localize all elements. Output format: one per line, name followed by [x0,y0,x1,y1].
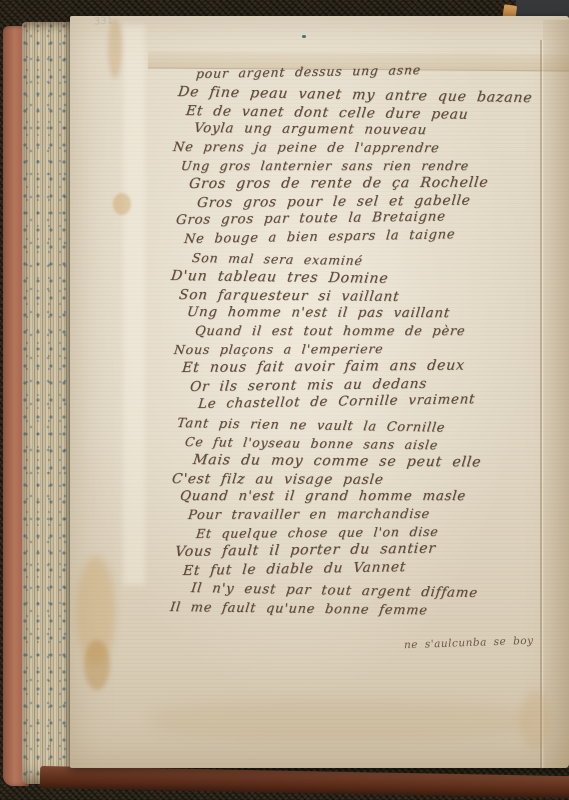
manuscript-line: Et quelque chose que l'on dise [195,524,439,541]
manuscript-line: Le chastellot de Cornille vraiment [197,392,475,412]
manuscript-line: Mais du moy comme se peut elle [192,452,482,470]
manuscript-line: Il me fault qu'une bonne femme [169,600,428,618]
manuscript-line: Ung homme n'est il pas vaillant [186,305,451,321]
manuscript-line: Gros gros par toute la Bretaigne [175,210,446,229]
manuscript-line: Tant pis rien ne vault la Cornille [176,416,446,436]
manuscript-line: Gros gros pour le sel et gabelle [196,192,471,210]
manuscript-line: Pour travailler en marchandise [187,507,430,523]
manuscript-line: pour argent dessus ung asne [195,62,421,81]
manuscript-line: Et fut le diable du Vannet [182,559,406,579]
manuscript-line: Ne prens ja peine de l'apprendre [172,140,440,156]
manuscript-line: C'est filz au visage pasle [171,471,384,488]
manuscript-line: Il n'y eust par tout argent diffame [190,581,479,601]
manuscript-line: Nous plaçons a l'emperiere [173,341,384,357]
manuscript-line: Son mal sera examiné [191,250,364,268]
text-block: pour argent dessus ung asneDe fine peau … [0,0,569,800]
manuscript-line: Ce fut l'oyseau bonne sans aisle [184,434,439,452]
manuscript-line: Voyla ung argument nouveau [193,121,428,138]
manuscript-line: Ne bouge a bien espars la taigne [183,227,455,247]
manuscript-line: Et nous fait avoir faim ans deux [181,358,465,376]
manuscript-line: Gros gros de rente de ça Rochelle [188,175,489,192]
manuscript-line: Or ils seront mis au dedans [189,376,428,395]
manuscript-line: D'un tableau tres Domine [170,268,389,287]
manuscript-line: Et de vanet dont celle dure peau [185,103,469,123]
manuscript-line: Ung gros lanternier sans rien rendre [180,158,470,173]
manuscript-line: Quand n'est il grand homme masle [179,489,467,504]
manuscript-line: Quand il est tout homme de père [194,324,466,339]
manuscript-line: Son farquesteur si vaillant [178,287,400,305]
manuscript-line: Vous fault il porter du santier [174,541,436,560]
